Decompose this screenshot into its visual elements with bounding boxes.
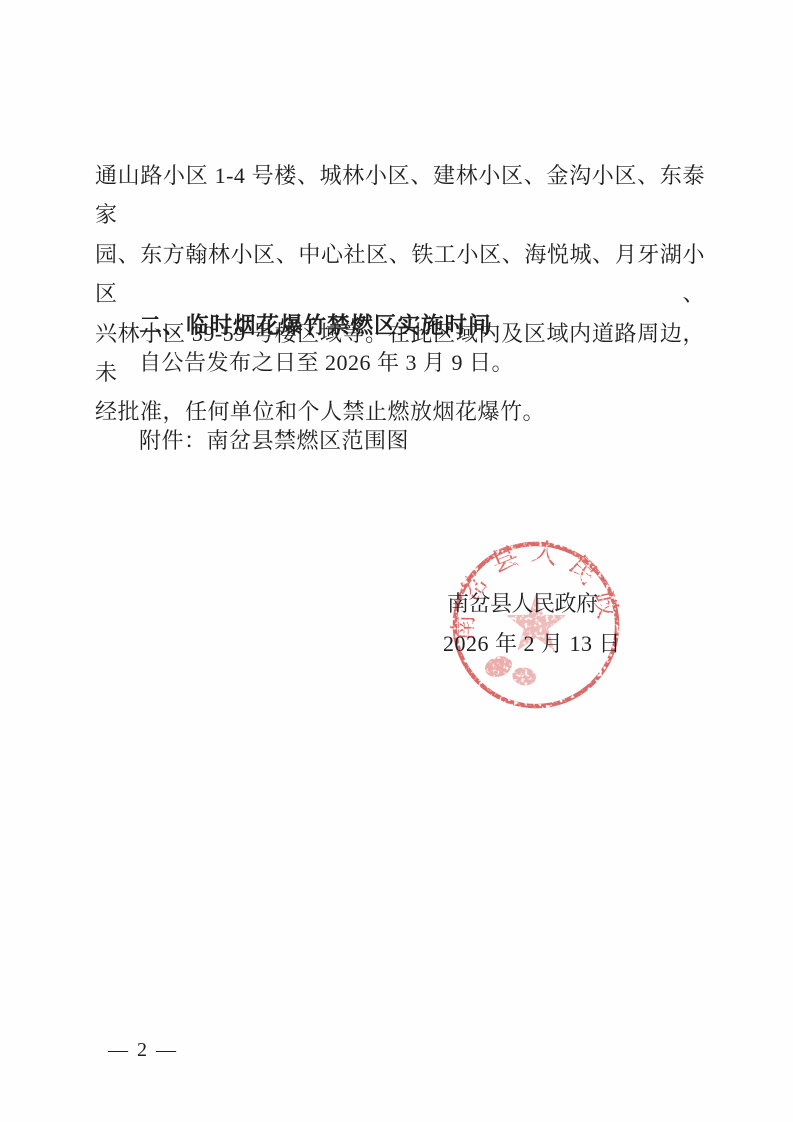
seal-smudge: [511, 666, 537, 687]
attachment-line: 附件：南岔县禁燃区范围图: [95, 421, 745, 460]
body-line: 园、东方翰林小区、中心社区、铁工小区、海悦城、月牙湖小区、: [95, 235, 705, 314]
signature-issuer: 南岔县人民政府: [447, 584, 598, 623]
body-line: 通山路小区 1-4 号楼、城林小区、建林小区、金沟小区、东泰家: [95, 156, 705, 235]
signature-date: 2026 年 2 月 13 日: [443, 624, 621, 663]
page-number: — 2 —: [108, 1035, 178, 1065]
document-page: 通山路小区 1-4 号楼、城林小区、建林小区、金沟小区、东泰家 园、东方翰林小区…: [0, 0, 793, 1122]
section-body-text: 自公告发布之日至 2026 年 3 月 9 日。: [95, 343, 745, 382]
paragraph-continuation: 通山路小区 1-4 号楼、城林小区、建林小区、金沟小区、东泰家 园、东方翰林小区…: [95, 156, 705, 432]
section-heading: 二、临时烟花爆竹禁燃区实施时间: [95, 306, 745, 345]
